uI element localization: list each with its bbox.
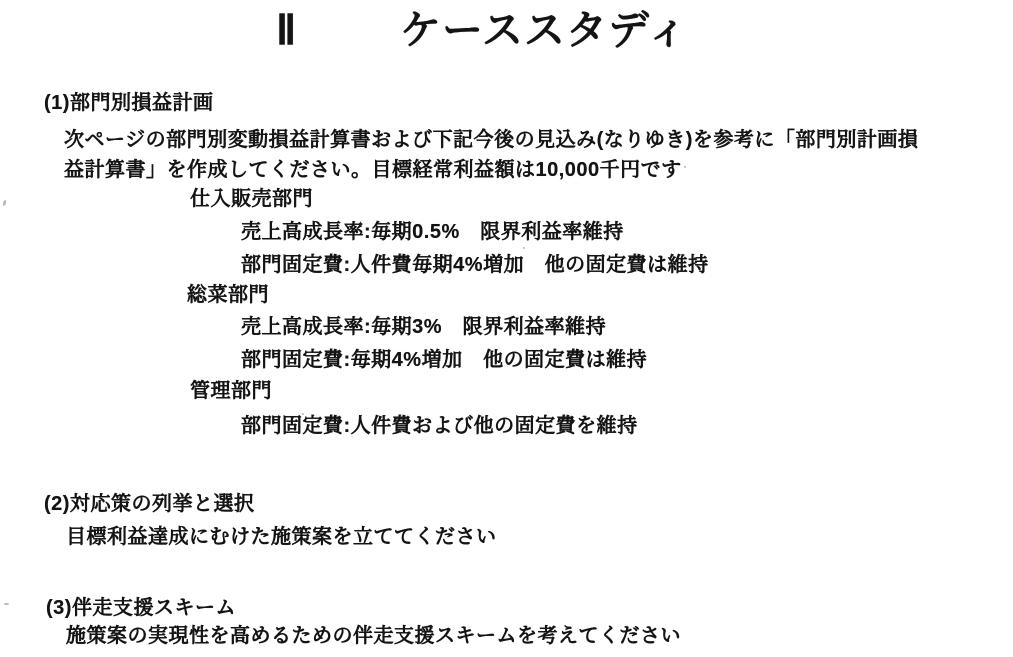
scan-speck [302,413,304,415]
department-name-shiire-hanbai: 仕入販売部門 [190,187,313,211]
page-title-numeral: Ⅱ [276,6,297,54]
department-detail-line: 部門固定費:毎期4%増加 他の固定費は維持 [241,348,647,372]
page-title: ケーススタディ [400,6,689,54]
department-name-souzai: 総菜部門 [187,283,269,307]
scan-speck [2,200,7,207]
section-1-paragraph-line-1: 次ページの部門別変動損益計算書および下記今後の見込み(なりゆき)を参考に「部門別… [64,128,918,152]
department-detail-line: 部門固定費:人件費毎期4%増加 他の固定費は維持 [241,253,709,277]
section-2-paragraph-line-1: 目標利益達成にむけた施策案を立ててください [66,525,497,549]
section-3-heading: (3)伴走支援スキーム [46,596,236,620]
department-name-kanri: 管理部門 [190,379,272,403]
section-3-paragraph-line-1: 施策案の実現性を高めるための伴走支援スキームを考えてください [66,624,681,648]
department-detail-line: 売上高成長率:毎期0.5% 限界利益率維持 [241,220,624,244]
scan-speck [523,247,525,249]
scan-speck [4,603,9,605]
scanned-document-page: Ⅱ ケーススタディ (1)部門別損益計画 次ページの部門別変動損益計算書および下… [0,0,1013,657]
scan-speck [684,166,686,168]
department-detail-line: 部門固定費:人件費および他の固定費を維持 [241,414,638,438]
department-detail-line: 売上高成長率:毎期3% 限界利益率維持 [241,315,606,339]
section-1-paragraph-line-2: 益計算書」を作成してください。目標経常利益額は10,000千円です [64,158,682,182]
section-2-heading: (2)対応策の列挙と選択 [44,492,254,516]
section-1-heading: (1)部門別損益計画 [44,91,213,115]
